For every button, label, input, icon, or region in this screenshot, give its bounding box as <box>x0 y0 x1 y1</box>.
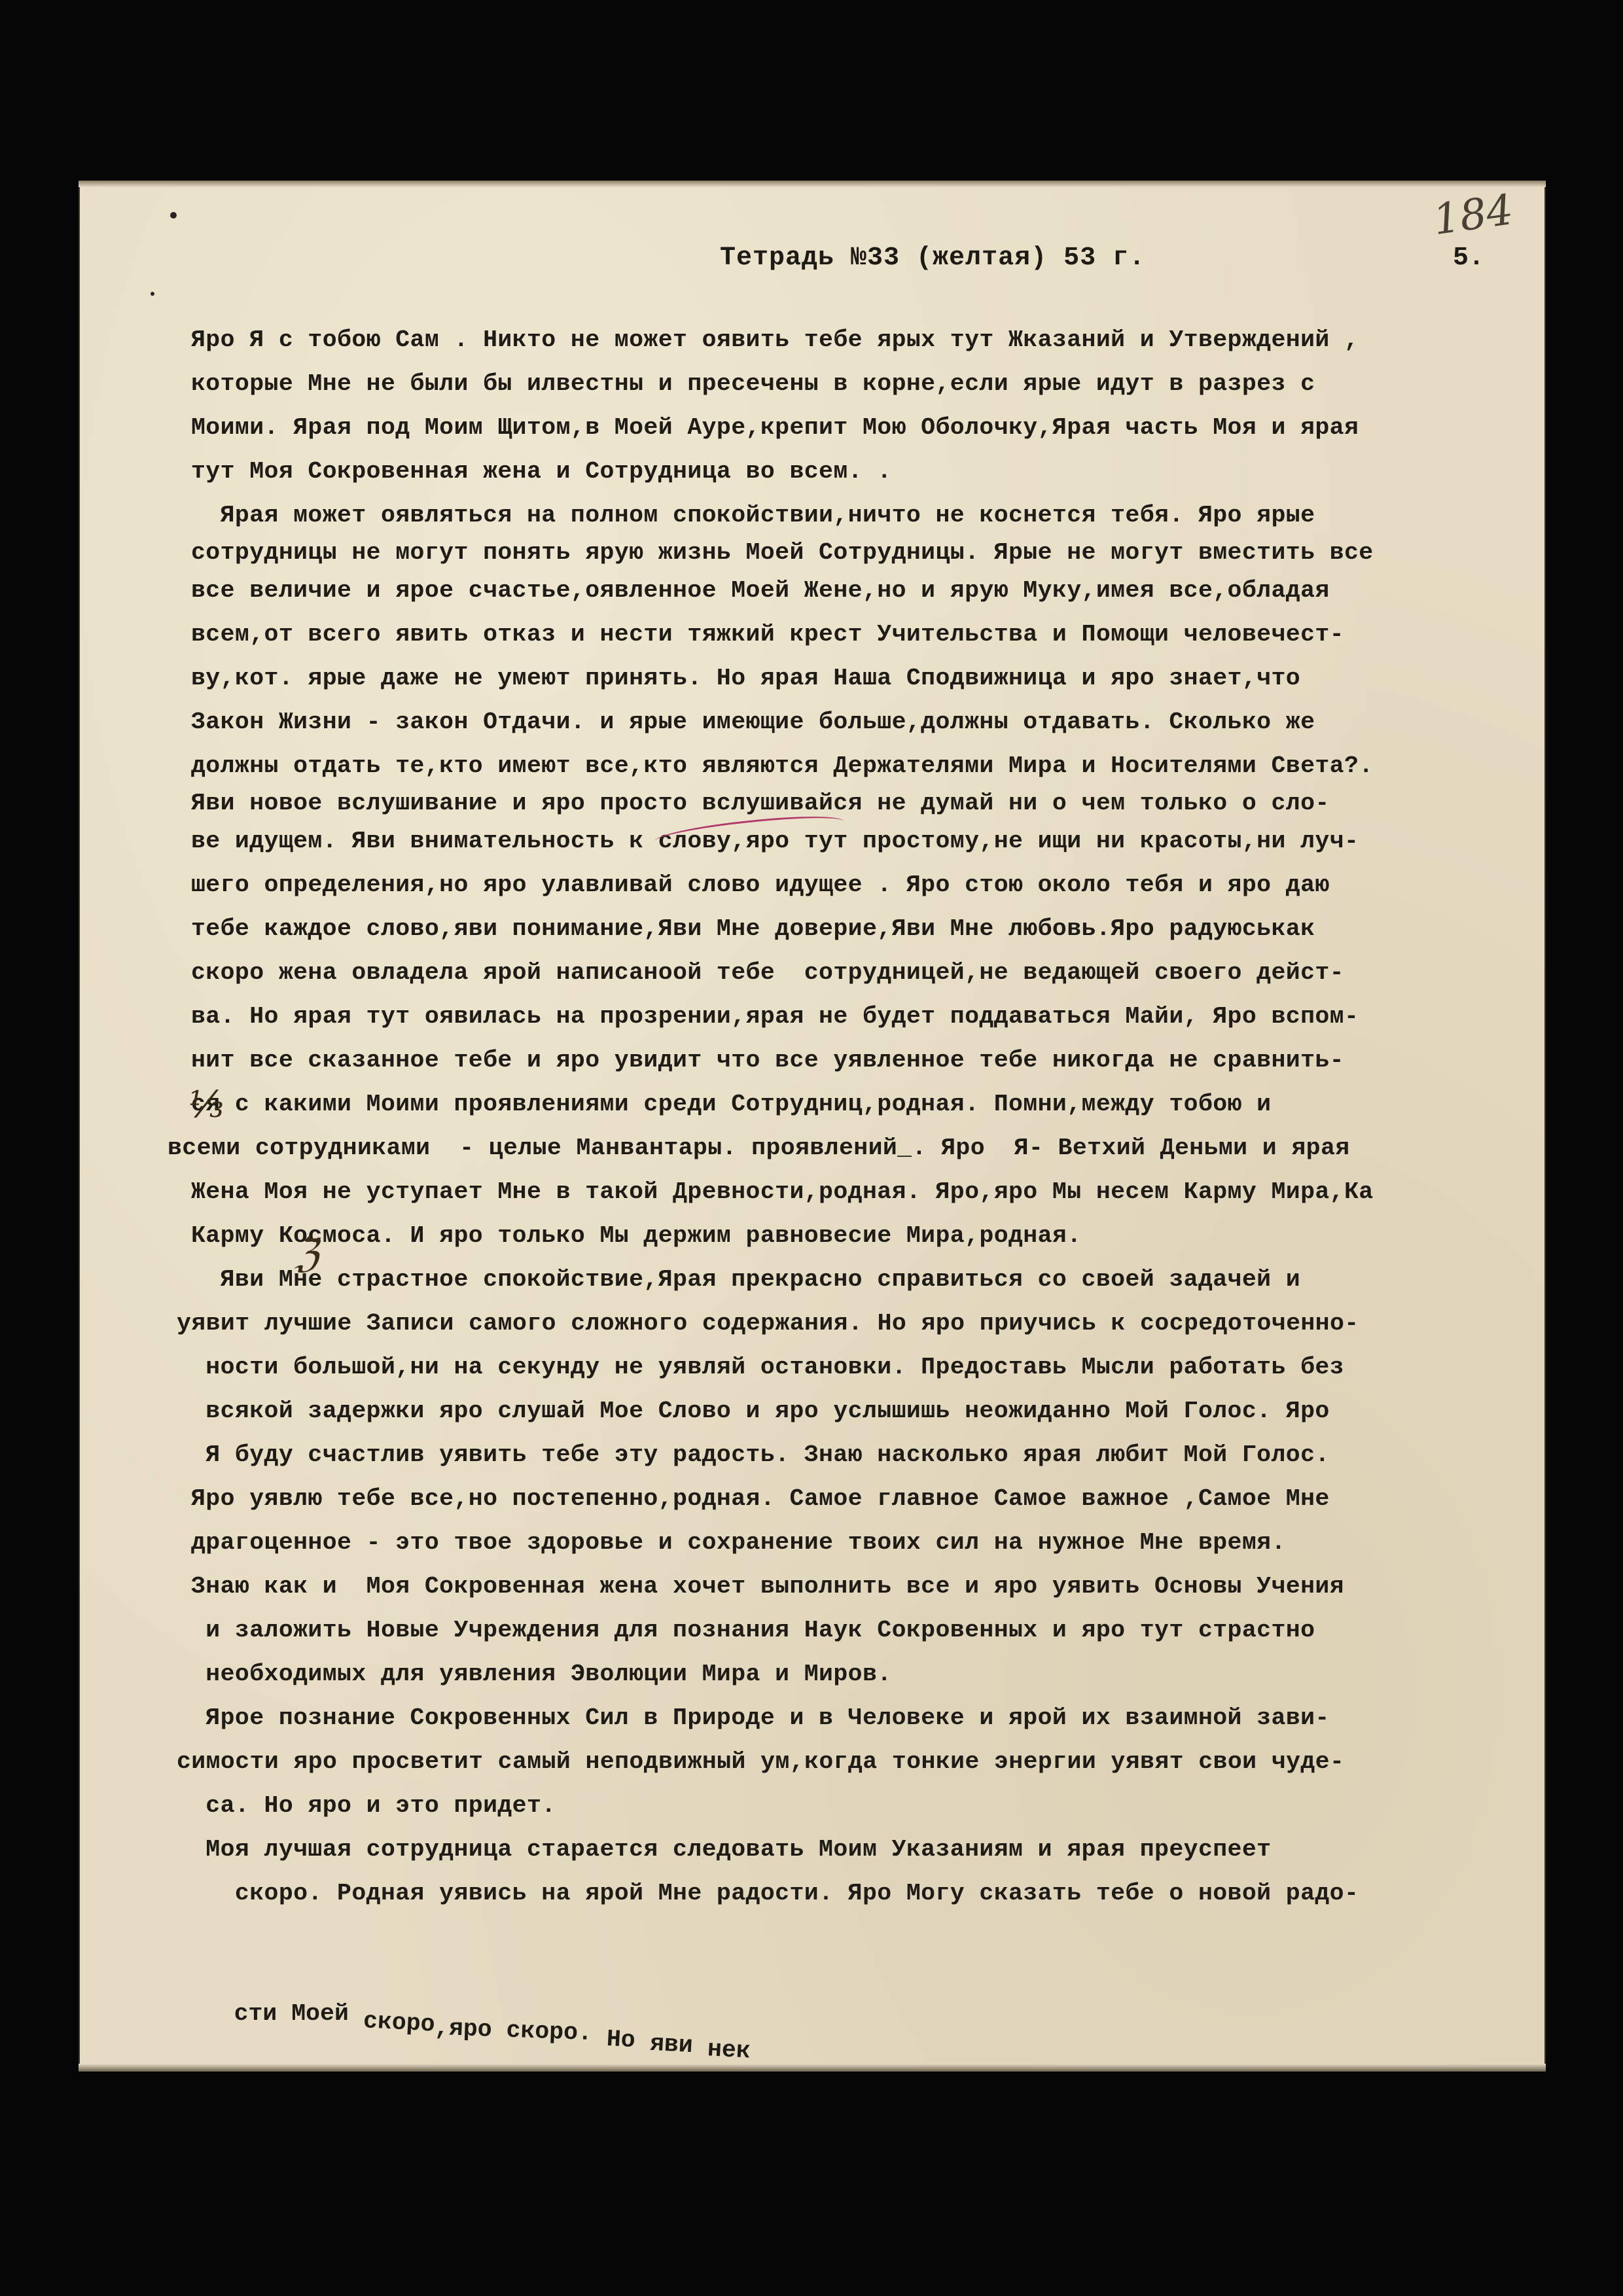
text-line: ности большой,ни на секунду не уявляй ос… <box>177 1345 1538 1389</box>
text-line: Моя лучшая сотрудница старается следоват… <box>177 1828 1538 1871</box>
text-line: Ярая может оявляться на полном спокойств… <box>177 493 1538 537</box>
last-line-fragment: сти Моей <box>234 2000 363 2027</box>
text-line: са. Но яро и это придет. <box>177 1784 1538 1828</box>
text-line: и заложить Новые Учреждения для познания… <box>177 1608 1538 1652</box>
text-line: шего определения,но яро улавливай слово … <box>177 863 1538 907</box>
text-line: необходимых для уявления Эволюции Мира и… <box>177 1652 1538 1696</box>
ink-speck <box>151 292 154 296</box>
page-number: 5. <box>1453 243 1484 273</box>
text-line: ву,кот. ярые даже не умеют принять. Но я… <box>177 656 1538 700</box>
text-line: всеми сотрудниками - целые Манвантары. п… <box>168 1126 1538 1170</box>
text-line: Яви новое вслушивание и яро просто вслуш… <box>177 788 1538 819</box>
page-edge-top <box>79 181 1546 187</box>
text-line: уявит лучшие Записи самого сложного соде… <box>177 1301 1538 1345</box>
text-line: Яро уявлю тебе все,но постепенно,родная.… <box>177 1477 1538 1521</box>
text-line: Карму Космоса. И яро только Мы держим ра… <box>177 1214 1538 1258</box>
handwritten-correction-mark: ⅓ <box>188 1084 224 1126</box>
text-line: нит все сказанное тебе и яро увидит что … <box>177 1038 1538 1082</box>
text-line: Закон Жизни - закон Отдачи. и ярые имеющ… <box>177 700 1538 744</box>
document-title: Тетрадь №33 (желтая) 53 г. <box>720 243 1145 273</box>
text-line: всем,от всего явить отказ и нести тяжкий… <box>177 612 1538 656</box>
text-line: все величие и ярое счастье,оявленное Мое… <box>177 569 1538 612</box>
ink-speck <box>170 212 177 219</box>
text-line: Яро Я с тобою Сам . Никто не может оявит… <box>177 318 1538 362</box>
text-line: скоро. Родная уявись на ярой Мне радости… <box>177 1871 1538 1915</box>
text-line: драгоценное - это твое здоровье и сохран… <box>177 1521 1538 1564</box>
last-line-fragment: Но <box>592 2025 651 2055</box>
text-line: сотрудницы не могут понять ярую жизнь Мо… <box>177 537 1538 569</box>
folio-number-handwritten: 184 <box>1430 186 1516 245</box>
text-line: тут Моя Сокровенная жена и Сотрудница во… <box>177 450 1538 493</box>
text-line: скоро жена овладела ярой написаноой тебе… <box>177 951 1538 995</box>
text-line: ва. Но ярая тут оявилась на прозрении,яр… <box>177 995 1538 1038</box>
text-line: симости яро просветит самый неподвижный … <box>177 1740 1538 1784</box>
text-line: которые Мне не были бы илвестны и пресеч… <box>177 362 1538 406</box>
text-line: Жена Моя не уступает Мне в такой Древнос… <box>177 1170 1538 1214</box>
text-line: Моими. Ярая под Моим Щитом,в Моей Ауре,к… <box>177 406 1538 450</box>
text-line: всякой задержки яро слушай Мое Слово и я… <box>177 1389 1538 1433</box>
text-line: тебе каждое слово,яви понимание,Яви Мне … <box>177 907 1538 951</box>
text-line: Я буду счастлив уявить тебе эту радость.… <box>177 1433 1538 1477</box>
text-line: ся с какими Моими проявлениями среди Сот… <box>177 1082 1538 1126</box>
last-line-fragment: ,яро скоро. <box>435 2015 593 2047</box>
text-line: ве идущем. Яви внимательность к слову,яр… <box>177 819 1538 863</box>
text-line: Яви Мне страстное спокойствие,Ярая прекр… <box>177 1258 1538 1301</box>
last-line-fragment: яви <box>649 2030 708 2060</box>
text-line: должны отдать те,кто имеют все,кто являю… <box>177 744 1538 788</box>
page-edge-bottom <box>79 2064 1546 2072</box>
last-line-fragment: скоро <box>363 2007 436 2038</box>
last-line-skewed: сти Моей скоро,яро скоро. Но яви нек <box>177 1973 750 2054</box>
handwritten-correction-mark: ℨ <box>294 1231 319 1277</box>
document-body: Яро Я с тобою Сам . Никто не может оявит… <box>177 318 1538 1915</box>
typewritten-page: 184 Тетрадь №33 (желтая) 53 г. 5. Яро Я … <box>79 181 1546 2072</box>
text-line: Знаю как и Моя Сокровенная жена хочет вы… <box>177 1564 1538 1608</box>
text-line: Ярое познание Сокровенных Сил в Природе … <box>177 1696 1538 1740</box>
last-line-fragment: нек <box>706 2036 751 2064</box>
